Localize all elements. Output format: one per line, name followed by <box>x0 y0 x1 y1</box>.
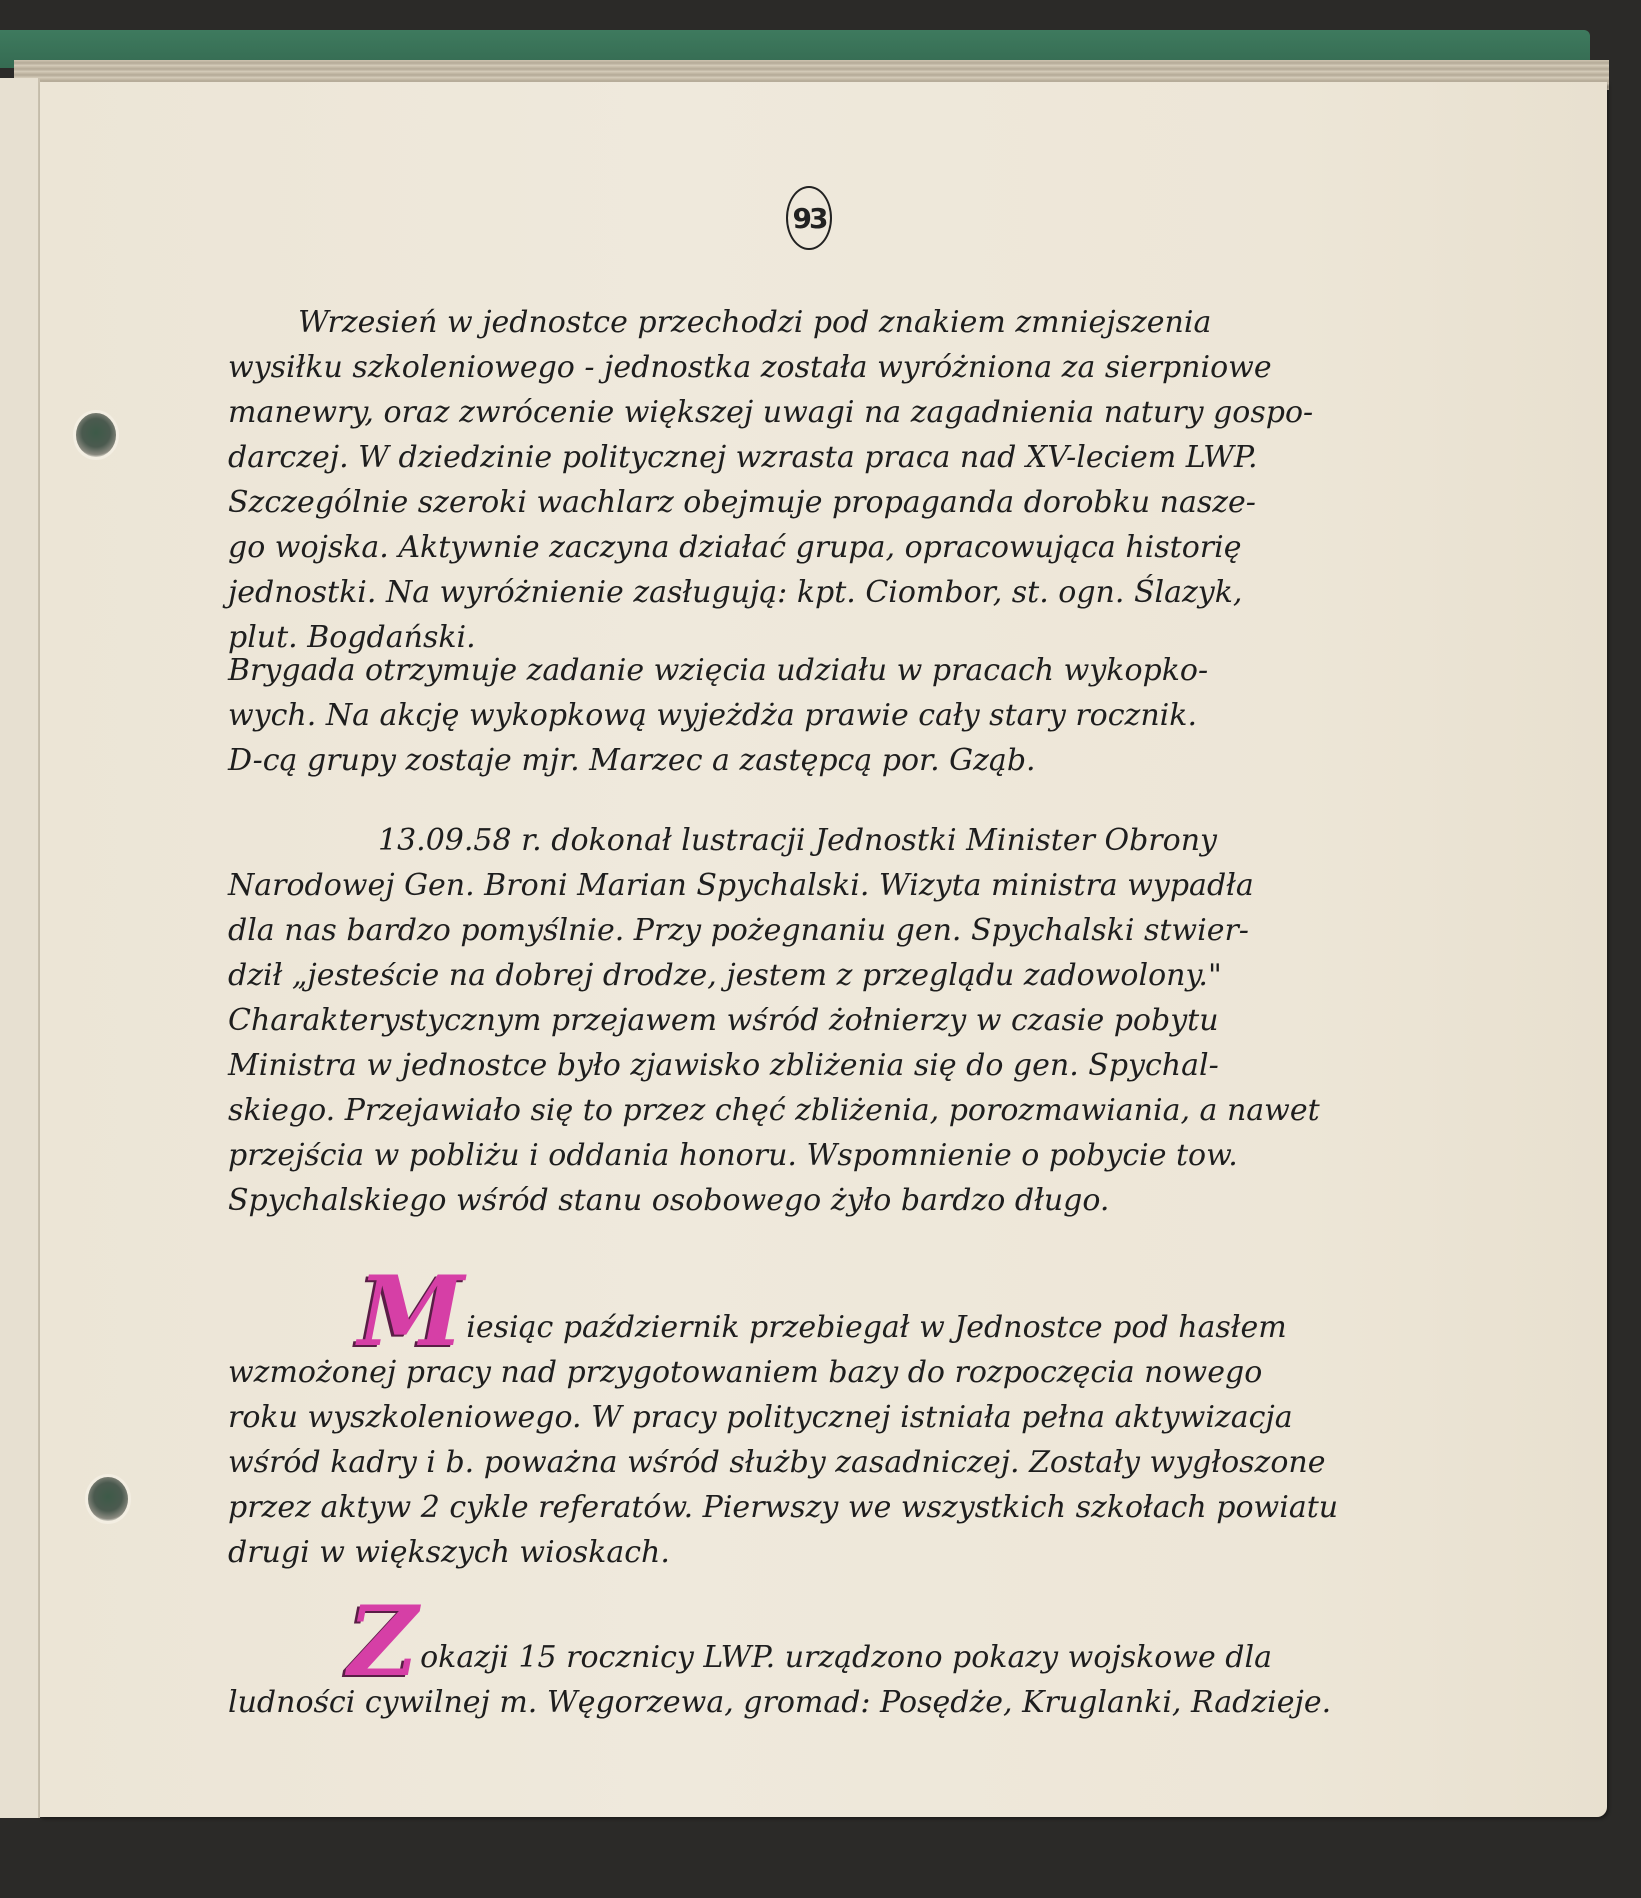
text-line: Zokazji 15 rocznicy LWP. urządzono pokaz… <box>228 1612 1428 1680</box>
paragraph-september: Wrzesień w jednostce przechodzi pod znak… <box>228 300 1428 660</box>
decorative-initial-m: M <box>358 1282 464 1342</box>
text-line: skiego. Przejawiało się to przez chęć zb… <box>228 1088 1428 1133</box>
text-line: jednostki. Na wyróżnienie zasługują: kpt… <box>228 570 1428 615</box>
paragraph-brigade-task: Brygada otrzymuje zadanie wzięcia udział… <box>228 648 1428 783</box>
left-page-edge <box>0 78 40 1818</box>
binder-hole-icon <box>88 1477 128 1521</box>
text-line: go wojska. Aktywnie zaczyna działać grup… <box>228 525 1428 570</box>
text-line: Charakterystycznym przejawem wśród żołni… <box>228 998 1428 1043</box>
paragraph-anniversary: Zokazji 15 rocznicy LWP. urządzono pokaz… <box>228 1612 1428 1725</box>
text-line: dził „jesteście na dobrej drodze, jestem… <box>228 953 1428 998</box>
text-line: darczej. W dziedzinie politycznej wzrast… <box>228 435 1428 480</box>
paragraph-october: Miesiąc październik przebiegał w Jednost… <box>228 1282 1428 1575</box>
text-line: wysiłku szkoleniowego - jednostka został… <box>228 345 1428 390</box>
text-line: wych. Na akcję wykopkową wyjeżdża prawie… <box>228 693 1428 738</box>
text-line: Spychalskiego wśród stanu osobowego żyło… <box>228 1178 1428 1223</box>
text-line: przejścia w pobliżu i oddania honoru. Ws… <box>228 1133 1428 1178</box>
text-line: ludności cywilnej m. Węgorzewa, gromad: … <box>228 1680 1428 1725</box>
page-number: 93 <box>786 186 832 250</box>
text-line: D-cą grupy zostaje mjr. Marzec a zastępc… <box>228 738 1428 783</box>
text-line: dla nas bardzo pomyślnie. Przy pożegnani… <box>228 908 1428 953</box>
text-line: Miesiąc październik przebiegał w Jednost… <box>228 1282 1428 1350</box>
decorative-initial-z: Z <box>348 1612 418 1672</box>
text-line: Ministra w jednostce było zjawisko zbliż… <box>228 1043 1428 1088</box>
text-line: wzmożonej pracy nad przygotowaniem bazy … <box>228 1350 1428 1395</box>
text-line: 13.09.58 r. dokonał lustracji Jednostki … <box>228 818 1428 863</box>
text-line: wśród kadry i b. poważna wśród służby za… <box>228 1440 1428 1485</box>
text-line-rest: okazji 15 rocznicy LWP. urządzono pokazy… <box>420 1640 1272 1675</box>
text-line: drugi w większych wioskach. <box>228 1530 1428 1575</box>
binder-hole-icon <box>76 413 116 457</box>
text-line: Wrzesień w jednostce przechodzi pod znak… <box>228 300 1428 345</box>
text-line-rest: iesiąc październik przebiegał w Jednostc… <box>466 1310 1286 1345</box>
text-line: Szczególnie szeroki wachlarz obejmuje pr… <box>228 480 1428 525</box>
paragraph-minister-visit: 13.09.58 r. dokonał lustracji Jednostki … <box>228 818 1428 1223</box>
text-line: Narodowej Gen. Broni Marian Spychalski. … <box>228 863 1428 908</box>
text-line: przez aktyw 2 cykle referatów. Pierwszy … <box>228 1485 1428 1530</box>
text-line: Brygada otrzymuje zadanie wzięcia udział… <box>228 648 1428 693</box>
text-line: roku wyszkoleniowego. W pracy polityczne… <box>228 1395 1428 1440</box>
text-line: manewry, oraz zwrócenie większej uwagi n… <box>228 390 1428 435</box>
